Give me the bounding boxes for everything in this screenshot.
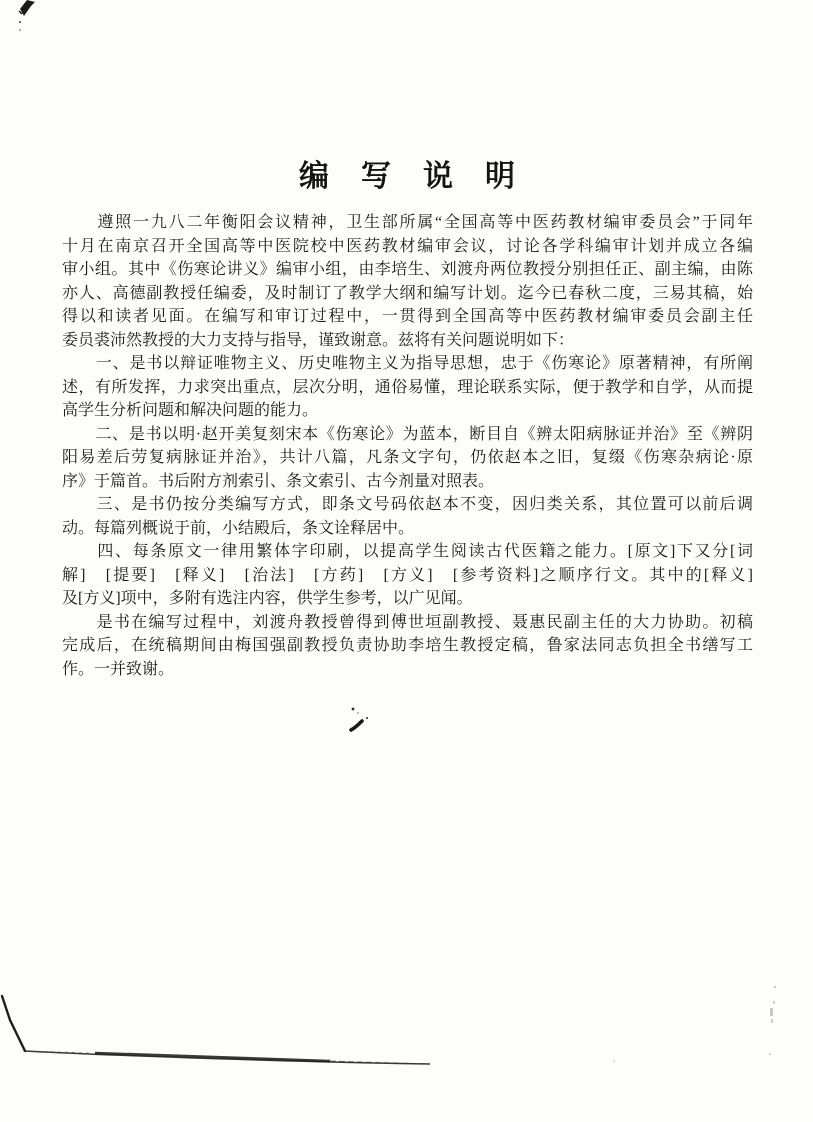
text-line: 是书在编写过程中，刘渡舟教授曾得到傅世垣副教授、聂惠民副主任的大力协助。初稿: [62, 611, 753, 635]
scan-specks-right: [613, 986, 776, 1062]
text-line: 序》于篇首。书后附方剂索引、条文索引、古今剂量对照表。: [62, 470, 753, 494]
text-line: 四、每条原文一律用繁体字印刷，以提高学生阅读古代医籍之能力。[原文]下又分[词: [62, 540, 753, 564]
text-line: 作。一并致谢。: [62, 658, 753, 682]
ink-smudge-center: [351, 708, 368, 730]
page-title: 编 写 说 明: [62, 157, 753, 197]
text-line: 亦人、高德副教授任编委，及时制订了教学大纲和编写计划。迄今已春秋二度，三易其稿，…: [62, 282, 753, 306]
text-line: 阳易差后劳复病脉证并治》，共计八篇，凡条文字句，仍依赵本之旧，复缀《伤寒杂病论·…: [62, 446, 753, 470]
text-line: 动。每篇列概说于前，小结殿后，条文诠释居中。: [62, 517, 753, 541]
page-content: 编 写 说 明 遵照一九八二年衡阳会议精神，卫生部所属“全国高等中医药教材编审委…: [62, 157, 753, 681]
body-text: 遵照一九八二年衡阳会议精神，卫生部所属“全国高等中医药教材编审委员会”于同年 十…: [62, 211, 753, 681]
text-line: 十月在南京召开全国高等中医院校中医药教材编审会议，讨论各学科编审计划并成立各编: [62, 235, 753, 259]
text-line: 完成后，在统稿期间由梅国强副教授负责协助李培生教授定稿，鲁家法同志负担全书缮写工: [62, 634, 753, 658]
scanned-page: 编 写 说 明 遵照一九八二年衡阳会议精神，卫生部所属“全国高等中医药教材编审委…: [0, 0, 813, 1122]
text-line: 解] [提要] [释义] [治法] [方药] [方义] [参考资料]之顺序行文。…: [62, 564, 753, 588]
text-line: 三、是书仍按分类编写方式，即条文号码依赵本不变，因归类关系，其位置可以前后调: [62, 493, 753, 517]
text-line: 得以和读者见面。在编写和审订过程中，一贯得到全国高等中医药教材编审委员会副主任: [62, 305, 753, 329]
scan-mark-top-left: [19, 0, 35, 31]
text-line: 述，有所发挥，力求突出重点，层次分明，通俗易懂，理论联系实际，便于教学和自学，从…: [62, 376, 753, 400]
text-line: 二、是书以明·赵开美复刻宋本《伤寒论》为蓝本，断目自《辨太阳病脉证并治》至《辨阴: [62, 423, 753, 447]
scan-line-bottom: [2, 996, 430, 1064]
text-line: 审小组。其中《伤寒论讲义》编审小组，由李培生、刘渡舟两位教授分别担任正、副主编，…: [62, 258, 753, 282]
text-line: 一、是书以辩证唯物主义、历史唯物主义为指导思想，忠于《伤寒论》原著精神，有所阐: [62, 352, 753, 376]
text-line: 委员裘沛然教授的大力支持与指导，谨致谢意。兹将有关问题说明如下：: [62, 329, 753, 353]
text-line: 遵照一九八二年衡阳会议精神，卫生部所属“全国高等中医药教材编审委员会”于同年: [62, 211, 753, 235]
text-line: 高学生分析问题和解决问题的能力。: [62, 399, 753, 423]
text-line: 及[方义]项中，多附有选注内容，供学生参考，以广见闻。: [62, 587, 753, 611]
